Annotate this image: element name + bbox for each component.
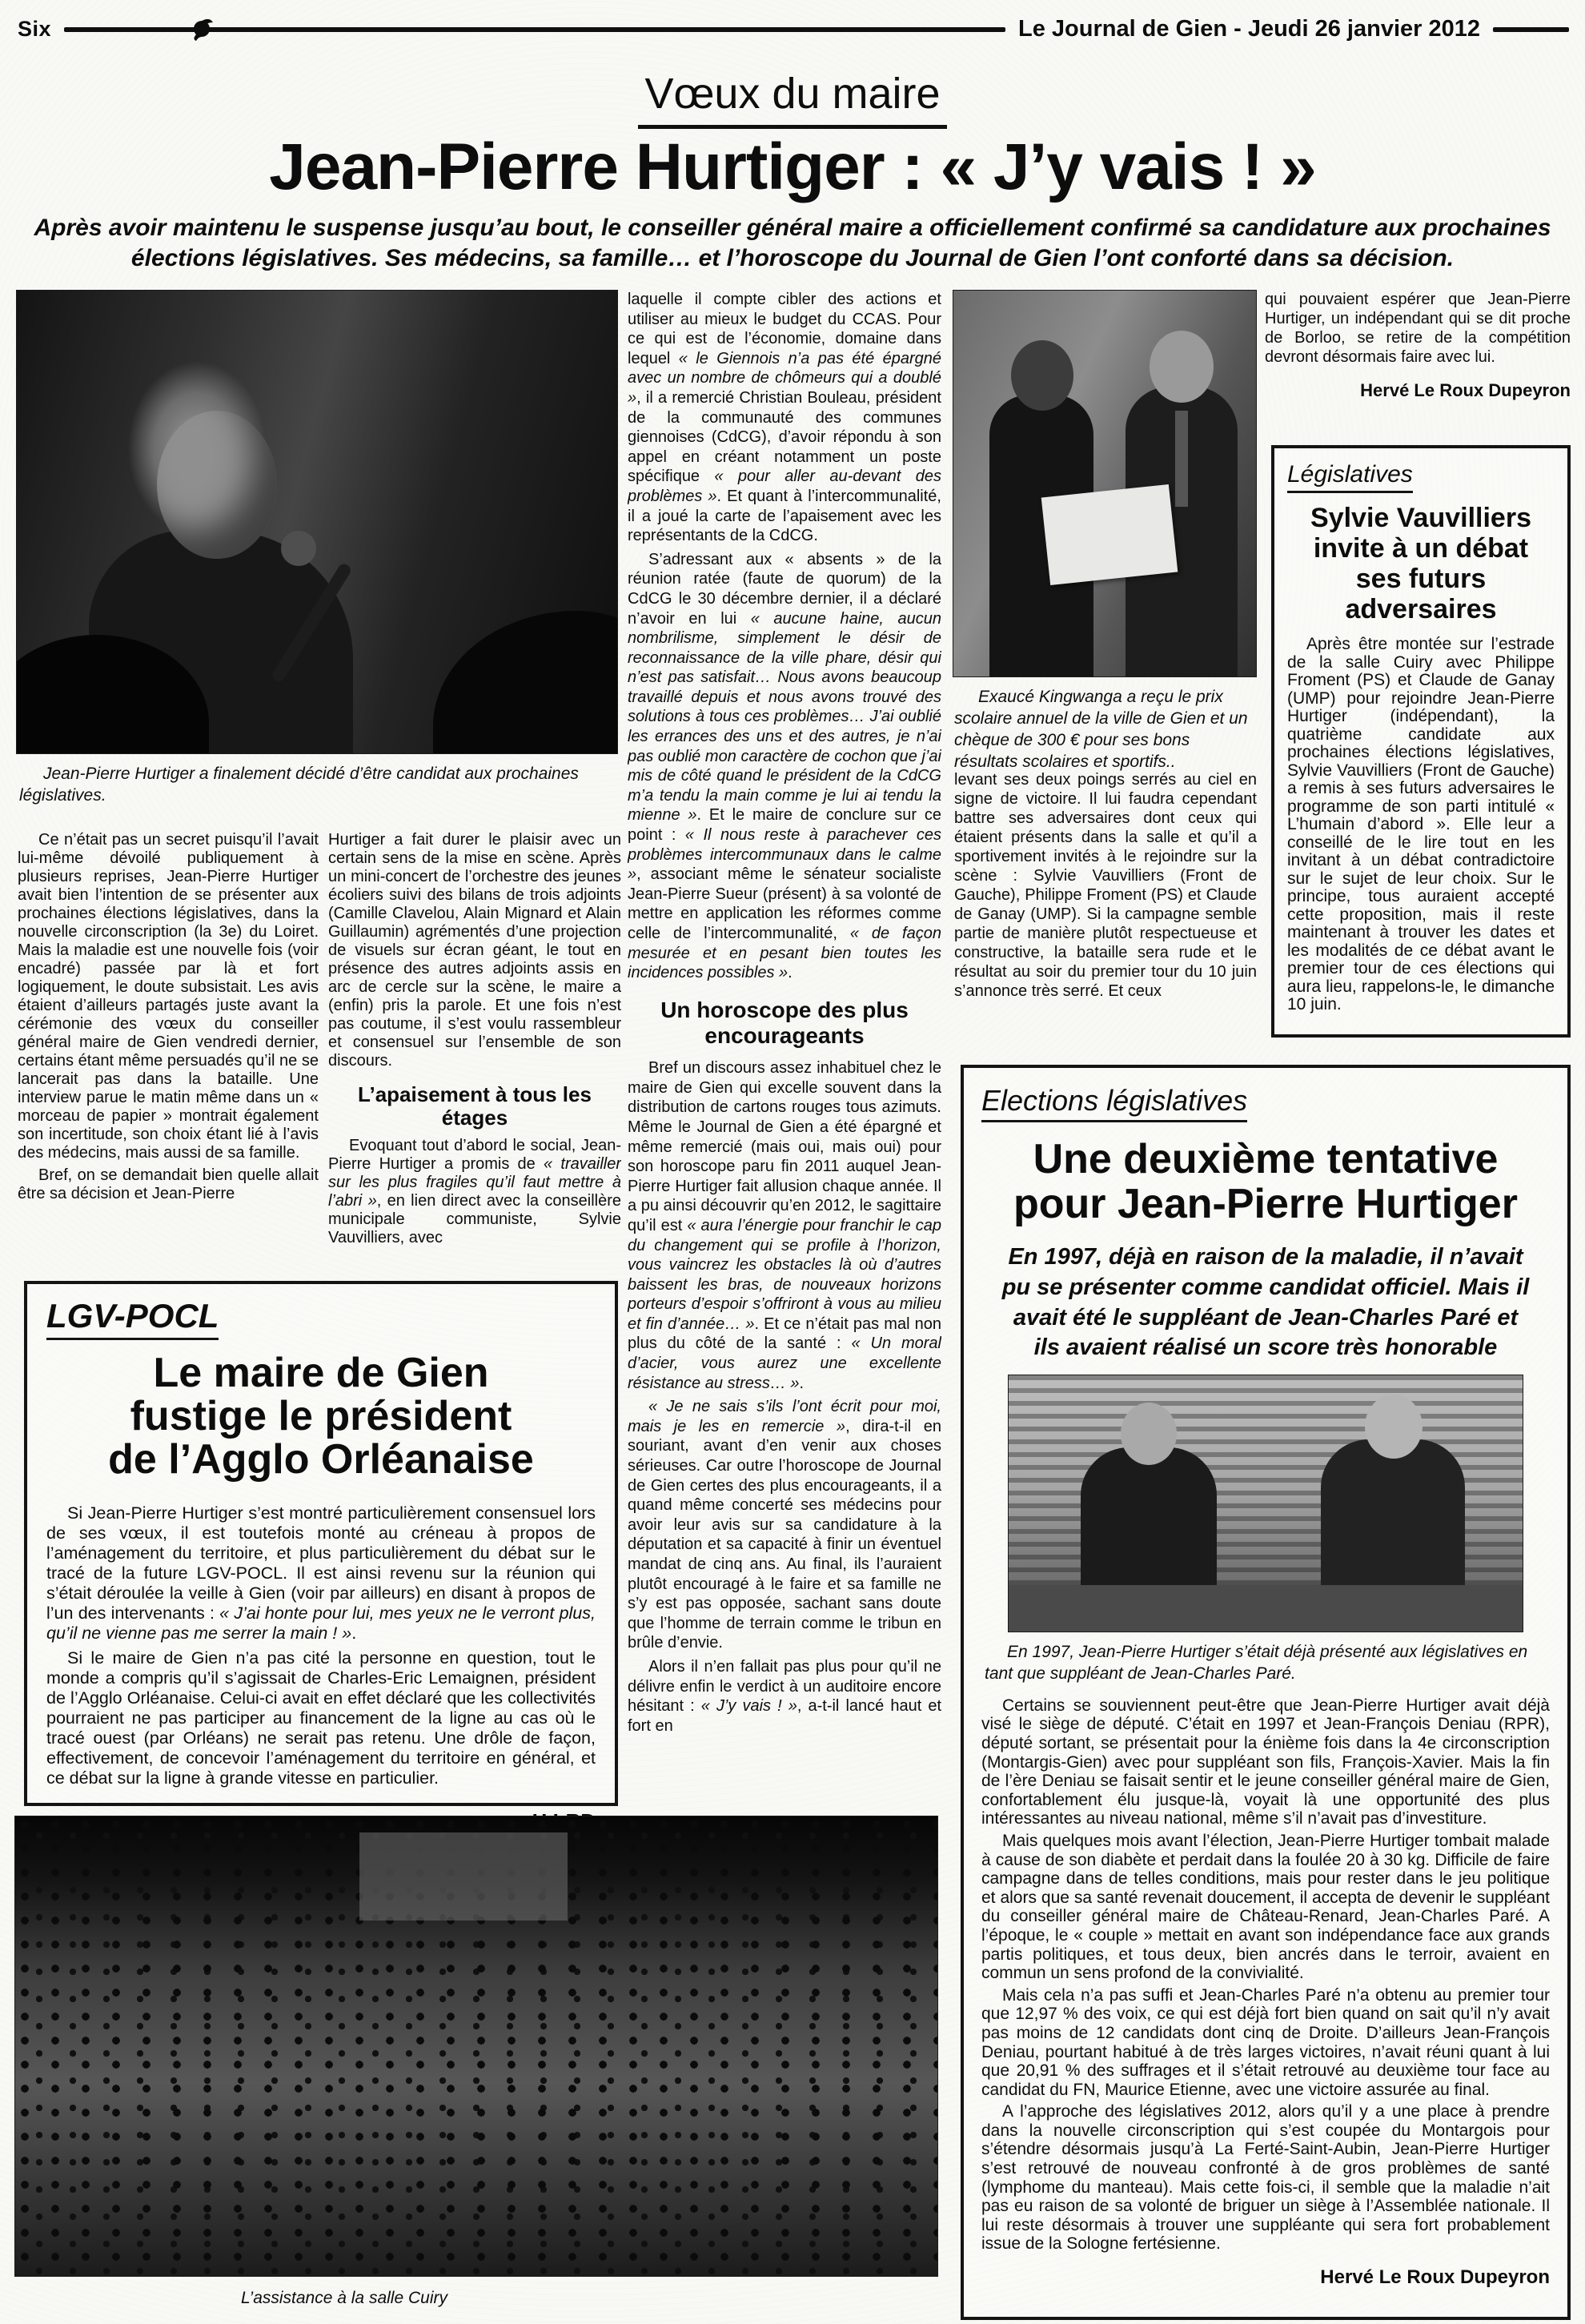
standfirst: Après avoir maintenu le suspense jusqu’a… (28, 213, 1557, 275)
paragraph: levant ses deux poings serrés au ciel en… (954, 770, 1257, 1001)
box-elections-body: Certains se souviennent peut-être que Je… (981, 1696, 1550, 2254)
title-line: Le maire de Gien (153, 1350, 488, 1396)
paragraph: Ce n’était pas un secret puisqu’il l’ava… (18, 831, 319, 1162)
photo-hurtiger-speech (16, 290, 618, 754)
photo-certificate-silhouette (1041, 484, 1178, 585)
paragraph: Certains se souviennent peut-être que Je… (981, 1696, 1550, 1828)
paragraph: laquelle il compte cibler des actions et… (628, 290, 941, 546)
paragraph: Evoquant tout d’abord le social, Jean-Pi… (328, 1137, 621, 1247)
header-rule-short (1493, 27, 1569, 32)
paragraph: Bref, on se demandait bien quelle allait… (18, 1166, 319, 1203)
article-column-4: levant ses deux poings serrés au ciel en… (954, 770, 1257, 1004)
subhead-apaisement: L’apaisement à tous les étages (328, 1083, 621, 1129)
photo-face-silhouette (157, 411, 277, 559)
photo-figure-silhouette (1081, 1447, 1217, 1591)
box-lgv-title: Le maire de Gien fustige le président de… (46, 1351, 596, 1481)
photo-kingwanga-caption: Exaucé Kingwanga a reçu le prix scolaire… (954, 687, 1257, 773)
box-lgv-body: Si Jean-Pierre Hurtiger s’est montré par… (46, 1503, 596, 1788)
paragraph: « Je ne sais s’ils l’ont écrit pour moi,… (628, 1397, 941, 1653)
text-run: Bref un discours assez inhabituel chez l… (628, 1059, 941, 1234)
text-run: . (800, 1375, 805, 1392)
box-legislatives-kicker: Législatives (1287, 461, 1413, 493)
box-legislatives: Législatives Sylvie Vauvilliers invite à… (1271, 445, 1571, 1038)
photo-audience (14, 1816, 938, 2277)
masthead-title: Le Journal de Gien - Jeudi 26 janvier 20… (1018, 16, 1480, 42)
paragraph: S’adressant aux « absents » de la réunio… (628, 550, 941, 983)
quote-run: « aucune haine, aucun nombrilisme, simpl… (628, 610, 941, 825)
box-lgv-pocl: LGV-POCL Le maire de Gien fustige le pré… (24, 1281, 618, 1806)
photo-kingwanga-award (953, 290, 1257, 677)
paragraph: Alors il n’en fallait pas plus pour qu’i… (628, 1657, 941, 1736)
text-run: . (788, 964, 792, 981)
photo-desk-silhouette (1009, 1585, 1523, 1632)
newspaper-page: Six Le Journal de Gien - Jeudi 26 janvie… (0, 0, 1585, 2324)
lead-kicker: Vœux du maire (0, 69, 1585, 129)
box-elections-intro: En 1997, déjà en raison de la maladie, i… (1001, 1242, 1530, 1363)
paragraph: Après être montée sur l’estrade de la sa… (1287, 636, 1555, 1014)
microphone-icon (281, 531, 316, 566)
byline-main-article: Hervé Le Roux Dupeyron (1265, 381, 1571, 400)
page-header: Six Le Journal de Gien - Jeudi 26 janvie… (18, 16, 1569, 42)
title-line: de l’Agglo Orléanaise (108, 1436, 534, 1483)
photo-hurtiger-caption: Jean-Pierre Hurtiger a finalement décidé… (19, 764, 618, 807)
page-number-label: Six (18, 17, 51, 42)
box-elections-legislatives: Elections législatives Une deuxième tent… (961, 1065, 1571, 2320)
article-column-1: Ce n’était pas un secret puisqu’il l’ava… (18, 831, 319, 1270)
title-line: pour Jean-Pierre Hurtiger (1013, 1181, 1518, 1227)
text-run: . (351, 1624, 356, 1643)
paragraph: Si Jean-Pierre Hurtiger s’est montré par… (46, 1503, 596, 1644)
paragraph: Mais quelques mois avant l’élection, Jea… (981, 1832, 1550, 1983)
text-run: , dira-t-il en souriant, avant d’en veni… (628, 1418, 941, 1652)
photo-face-silhouette (1011, 340, 1073, 411)
masthead-ornament-icon (188, 15, 215, 42)
article-column-2: Hurtiger a fait durer le plaisir avec un… (328, 831, 621, 1270)
box-legislatives-title: Sylvie Vauvilliers invite à un débat ses… (1297, 503, 1545, 624)
title-line: Une deuxième tentative (1033, 1136, 1499, 1182)
photo-figure-silhouette (1321, 1439, 1465, 1591)
paragraph: Mais cela n’a pas suffi et Jean-Charles … (981, 1986, 1550, 2100)
photo-audience-caption: L’assistance à la salle Cuiry (48, 2288, 640, 2310)
photo-face-silhouette (1365, 1395, 1422, 1459)
box-legislatives-body: Après être montée sur l’estrade de la sa… (1287, 636, 1555, 1014)
quote-run: « J’y vais ! » (701, 1697, 797, 1715)
paragraph: A l’approche des législatives 2012, alor… (981, 2102, 1550, 2254)
main-headline: Jean-Pierre Hurtiger : « J’y vais ! » (0, 130, 1585, 205)
paragraph: Bref un discours assez inhabituel chez l… (628, 1058, 941, 1393)
photo-plant-silhouette (433, 611, 618, 754)
photo-face-silhouette (1121, 1403, 1177, 1465)
box-elections-title: Une deuxième tentative pour Jean-Pierre … (981, 1137, 1550, 1226)
box-lgv-kicker: LGV-POCL (46, 1297, 219, 1340)
box-elections-kicker: Elections législatives (981, 1084, 1247, 1122)
lead-kicker-label: Vœux du maire (638, 69, 946, 129)
photo-screen-highlight (359, 1832, 568, 1921)
article-column-5: qui pouvaient espérer que Jean-Pierre Hu… (1265, 290, 1571, 450)
article-column-3: laquelle il compte cibler des actions et… (628, 290, 941, 1776)
header-rule (64, 27, 1005, 32)
photo-1997-pare (1008, 1375, 1523, 1632)
subhead-horoscope: Un horoscope des plus encourageants (652, 997, 917, 1049)
photo-1997-caption: En 1997, Jean-Pierre Hurtiger s’était dé… (985, 1642, 1547, 1685)
paragraph: qui pouvaient espérer que Jean-Pierre Hu… (1265, 290, 1571, 367)
paragraph: Si le maire de Gien n’a pas cité la pers… (46, 1648, 596, 1788)
photo-tie-silhouette (1175, 411, 1188, 507)
byline-elections: Hervé Le Roux Dupeyron (981, 2266, 1550, 2289)
photo-face-silhouette (1150, 331, 1214, 403)
paragraph: Hurtiger a fait durer le plaisir avec un… (328, 831, 621, 1070)
title-line: fustige le président (130, 1393, 512, 1439)
